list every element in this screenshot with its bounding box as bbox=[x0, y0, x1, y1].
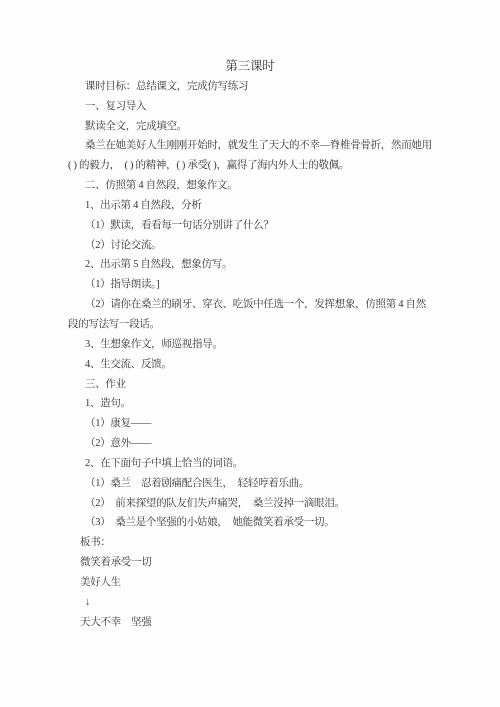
text-line: （2）请你在桑兰的刷牙、穿衣、吃饭中任选一个，发挥想象，仿照第 4 自然 bbox=[68, 295, 432, 315]
text-line: 4、生交流、反馈。 bbox=[68, 355, 432, 375]
text-line: （2）意外—— bbox=[68, 434, 432, 454]
text-line: 美好人生 bbox=[68, 573, 432, 593]
text-line: 桑兰在她美好人生刚刚开始时，就发生了天大的不幸—脊椎骨骨折，然而她用 bbox=[68, 136, 432, 156]
text-line: 天大不幸 坚强 bbox=[68, 613, 432, 633]
text-line: 二、仿照第 4 自然段，想象作文。 bbox=[68, 176, 432, 196]
document-page: 第三课时课时目标：总结课文，完成仿写练习一、复习导入默读全文，完成填空。桑兰在她… bbox=[0, 0, 500, 707]
text-line: （1）指导朗读。] bbox=[68, 275, 432, 295]
text-line: 2、在下面句子中填上恰当的词语。 bbox=[68, 454, 432, 474]
text-line: 课时目标：总结课文，完成仿写练习 bbox=[68, 77, 432, 97]
text-line: ↓ bbox=[68, 593, 432, 613]
text-line: 段的写法写一段话。 bbox=[68, 315, 432, 335]
text-line: 1、出示第 4 自然段，分析 bbox=[68, 196, 432, 216]
text-line: ( ) 的毅力， ( ) 的精神，( ) 承受( )，赢得了海内外人士的敬佩。 bbox=[68, 156, 432, 176]
text-line: （1）桑兰 忍着剧痛配合医生， 轻轻哼着乐曲。 bbox=[68, 474, 432, 494]
text-line: （3） 桑兰是个坚强的小姑娘， 她能微笑着承受一切。 bbox=[68, 513, 432, 533]
text-line: （2）讨论交流。 bbox=[68, 236, 432, 256]
text-line: 2、出示第 5 自然段，想象仿写。 bbox=[68, 255, 432, 275]
text-line: 微笑着承受一切 bbox=[68, 553, 432, 573]
text-line: 一、复习导入 bbox=[68, 97, 432, 117]
text-line: （1）康复—— bbox=[68, 414, 432, 434]
text-line: 1、造句。 bbox=[68, 394, 432, 414]
text-line: 板书： bbox=[68, 533, 432, 553]
text-line: （2） 前来探望的队友们失声痛哭， 桑兰没掉一滴眼泪。 bbox=[68, 494, 432, 514]
document-content: 第三课时课时目标：总结课文，完成仿写练习一、复习导入默读全文，完成填空。桑兰在她… bbox=[68, 57, 432, 632]
text-line: （1）默读，看看每一句话分别讲了什么？ bbox=[68, 216, 432, 236]
text-line: 默读全文，完成填空。 bbox=[68, 117, 432, 137]
document-title: 第三课时 bbox=[68, 57, 432, 77]
text-line: 3、生想象作文，师巡视指导。 bbox=[68, 335, 432, 355]
text-line: 三、作业 bbox=[68, 375, 432, 395]
